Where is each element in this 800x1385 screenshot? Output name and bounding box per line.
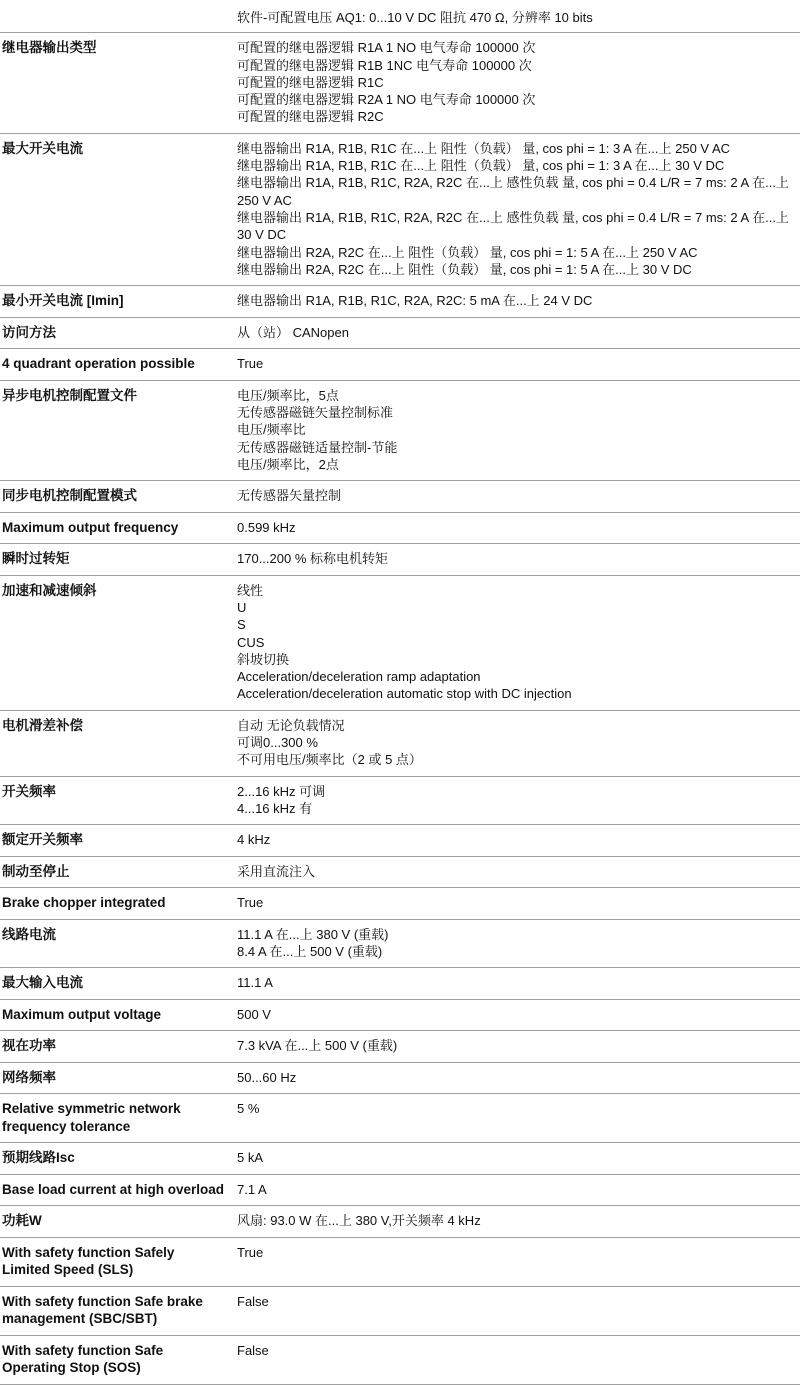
spec-label: 最小开关电流 [Imin] xyxy=(0,292,237,310)
spec-value-line: 采用直流注入 xyxy=(237,863,794,880)
spec-value-line: 无传感器矢量控制 xyxy=(237,487,794,504)
spec-values: 线性USCUS斜坡切换Acceleration/deceleration ram… xyxy=(237,582,800,703)
spec-row: 线路电流 11.1 A 在...上 380 V (重载)8.4 A 在...上 … xyxy=(0,920,800,969)
spec-values: 11.1 A 在...上 380 V (重载)8.4 A 在...上 500 V… xyxy=(237,926,800,961)
spec-row: 异步电机控制配置文件 电压/频率比，5点无传感器磁链矢量控制标准电压/频率比无传… xyxy=(0,381,800,481)
spec-value-line: 继电器输出 R1A, R1B, R1C 在...上 阻性（负载） 量, cos … xyxy=(237,140,794,157)
spec-value-line: 5 % xyxy=(237,1100,794,1117)
spec-row: With safety function Safely Limited Spee… xyxy=(0,1238,800,1287)
spec-label: Maximum output voltage xyxy=(0,1006,237,1024)
spec-values: 电压/频率比，5点无传感器磁链矢量控制标准电压/频率比无传感器磁链适量控制-节能… xyxy=(237,387,800,473)
spec-row: 软件-可配置电压 AQ1: 0...10 V DC 阻抗 470 Ω, 分辨率 … xyxy=(0,0,800,33)
spec-label: Maximum output frequency xyxy=(0,519,237,537)
spec-row: 电机滑差补偿 自动 无论负载情况可调0...300 %不可用电压/频率比（2 或… xyxy=(0,711,800,777)
spec-label: 电机滑差补偿 xyxy=(0,717,237,735)
spec-row: 制动至停止 采用直流注入 xyxy=(0,857,800,889)
spec-value-line: False xyxy=(237,1293,794,1310)
spec-values: 自动 无论负载情况可调0...300 %不可用电压/频率比（2 或 5 点） xyxy=(237,717,800,769)
spec-value-line: 软件-可配置电压 AQ1: 0...10 V DC 阻抗 470 Ω, 分辨率 … xyxy=(237,9,794,26)
spec-label: Brake chopper integrated xyxy=(0,894,237,912)
spec-value-line: 可配置的继电器逻辑 R1A 1 NO 电气寿命 100000 次 xyxy=(237,39,794,56)
spec-values: True xyxy=(237,355,800,372)
spec-value-line: Acceleration/deceleration ramp adaptatio… xyxy=(237,668,794,685)
spec-row: With safety function Safe Operating Stop… xyxy=(0,1336,800,1385)
spec-row: 4 quadrant operation possible True xyxy=(0,349,800,381)
spec-row: 功耗W 风扇: 93.0 W 在...上 380 V,开关频率 4 kHz xyxy=(0,1206,800,1238)
spec-table: 软件-可配置电压 AQ1: 0...10 V DC 阻抗 470 Ω, 分辨率 … xyxy=(0,0,800,1385)
spec-value-line: S xyxy=(237,616,794,633)
spec-values: 2...16 kHz 可调4...16 kHz 有 xyxy=(237,783,800,818)
spec-label: Base load current at high overload xyxy=(0,1181,237,1199)
spec-label: 额定开关频率 xyxy=(0,831,237,849)
spec-value-line: 无传感器磁链适量控制-节能 xyxy=(237,439,794,456)
spec-values: 采用直流注入 xyxy=(237,863,800,880)
spec-value-line: 无传感器磁链矢量控制标准 xyxy=(237,404,794,421)
spec-value-line: 7.1 A xyxy=(237,1181,794,1198)
spec-values: 50...60 Hz xyxy=(237,1069,800,1086)
spec-row: 最大开关电流 继电器输出 R1A, R1B, R1C 在...上 阻性（负载） … xyxy=(0,134,800,286)
spec-row: 预期线路Isc 5 kA xyxy=(0,1143,800,1175)
spec-value-line: 电压/频率比，2点 xyxy=(237,456,794,473)
spec-value-line: 继电器输出 R2A, R2C 在...上 阻性（负载） 量, cos phi =… xyxy=(237,244,794,261)
spec-value-line: 风扇: 93.0 W 在...上 380 V,开关频率 4 kHz xyxy=(237,1212,794,1229)
spec-value-line: 继电器输出 R1A, R1B, R1C 在...上 阻性（负载） 量, cos … xyxy=(237,157,794,174)
spec-label: 加速和减速倾斜 xyxy=(0,582,237,600)
spec-row: 开关频率 2...16 kHz 可调4...16 kHz 有 xyxy=(0,777,800,826)
spec-label: With safety function Safely Limited Spee… xyxy=(0,1244,237,1279)
spec-values: False xyxy=(237,1342,800,1359)
spec-value-line: 继电器输出 R1A, R1B, R1C, R2A, R2C: 5 mA 在...… xyxy=(237,292,794,309)
spec-row: 视在功率 7.3 kVA 在...上 500 V (重载) xyxy=(0,1031,800,1063)
spec-label: 视在功率 xyxy=(0,1037,237,1055)
spec-row: Maximum output voltage 500 V xyxy=(0,1000,800,1032)
spec-value-line: 从（站） CANopen xyxy=(237,324,794,341)
spec-value-line: U xyxy=(237,599,794,616)
spec-value-line: True xyxy=(237,355,794,372)
spec-values: 5 % xyxy=(237,1100,800,1117)
spec-value-line: CUS xyxy=(237,634,794,651)
spec-label: With safety function Safe Operating Stop… xyxy=(0,1342,237,1377)
spec-label: 开关频率 xyxy=(0,783,237,801)
spec-values: 继电器输出 R1A, R1B, R1C 在...上 阻性（负载） 量, cos … xyxy=(237,140,800,278)
spec-value-line: 不可用电压/频率比（2 或 5 点） xyxy=(237,751,794,768)
spec-value-line: 0.599 kHz xyxy=(237,519,794,536)
spec-label: 继电器输出类型 xyxy=(0,39,237,57)
spec-label: 异步电机控制配置文件 xyxy=(0,387,237,405)
spec-label: 同步电机控制配置模式 xyxy=(0,487,237,505)
spec-row: 最大输入电流 11.1 A xyxy=(0,968,800,1000)
spec-value-line: 继电器输出 R1A, R1B, R1C, R2A, R2C 在...上 感性负载… xyxy=(237,174,794,209)
spec-label: 功耗W xyxy=(0,1212,237,1230)
spec-row: With safety function Safe brake manageme… xyxy=(0,1287,800,1336)
spec-value-line: 可配置的继电器逻辑 R2A 1 NO 电气寿命 100000 次 xyxy=(237,91,794,108)
spec-row: 最小开关电流 [Imin] 继电器输出 R1A, R1B, R1C, R2A, … xyxy=(0,286,800,318)
spec-values: 0.599 kHz xyxy=(237,519,800,536)
spec-value-line: 4...16 kHz 有 xyxy=(237,800,794,817)
spec-values: 无传感器矢量控制 xyxy=(237,487,800,504)
spec-row: 同步电机控制配置模式 无传感器矢量控制 xyxy=(0,481,800,513)
spec-value-line: False xyxy=(237,1342,794,1359)
spec-label: Relative symmetric network frequency tol… xyxy=(0,1100,237,1135)
spec-values: 7.1 A xyxy=(237,1181,800,1198)
spec-value-line: 5 kA xyxy=(237,1149,794,1166)
spec-label: With safety function Safe brake manageme… xyxy=(0,1293,237,1328)
spec-value-line: 8.4 A 在...上 500 V (重载) xyxy=(237,943,794,960)
spec-value-line: 可配置的继电器逻辑 R1C xyxy=(237,74,794,91)
spec-label: 最大开关电流 xyxy=(0,140,237,158)
spec-values: 从（站） CANopen xyxy=(237,324,800,341)
spec-values: 7.3 kVA 在...上 500 V (重载) xyxy=(237,1037,800,1054)
spec-row: 加速和减速倾斜 线性USCUS斜坡切换Acceleration/decelera… xyxy=(0,576,800,711)
spec-value-line: 电压/频率比，5点 xyxy=(237,387,794,404)
spec-value-line: 4 kHz xyxy=(237,831,794,848)
spec-label: 制动至停止 xyxy=(0,863,237,881)
spec-value-line: 电压/频率比 xyxy=(237,421,794,438)
spec-value-line: Acceleration/deceleration automatic stop… xyxy=(237,685,794,702)
spec-value-line: 斜坡切换 xyxy=(237,651,794,668)
spec-value-line: 11.1 A xyxy=(237,974,794,991)
spec-value-line: 500 V xyxy=(237,1006,794,1023)
spec-value-line: 可调0...300 % xyxy=(237,734,794,751)
spec-row: Maximum output frequency 0.599 kHz xyxy=(0,513,800,545)
spec-values: 500 V xyxy=(237,1006,800,1023)
spec-label: 预期线路Isc xyxy=(0,1149,237,1167)
spec-values: 5 kA xyxy=(237,1149,800,1166)
spec-value-line: 7.3 kVA 在...上 500 V (重载) xyxy=(237,1037,794,1054)
spec-value-line: 可配置的继电器逻辑 R2C xyxy=(237,108,794,125)
spec-value-line: 线性 xyxy=(237,582,794,599)
spec-row: 继电器输出类型 可配置的继电器逻辑 R1A 1 NO 电气寿命 100000 次… xyxy=(0,33,800,133)
spec-row: Brake chopper integrated True xyxy=(0,888,800,920)
spec-values: True xyxy=(237,1244,800,1261)
spec-value-line: 2...16 kHz 可调 xyxy=(237,783,794,800)
spec-label: 线路电流 xyxy=(0,926,237,944)
spec-label: 瞬时过转矩 xyxy=(0,550,237,568)
spec-values: 风扇: 93.0 W 在...上 380 V,开关频率 4 kHz xyxy=(237,1212,800,1229)
spec-row: 访问方法 从（站） CANopen xyxy=(0,318,800,350)
spec-row: 额定开关频率 4 kHz xyxy=(0,825,800,857)
spec-values: 11.1 A xyxy=(237,974,800,991)
spec-value-line: 继电器输出 R1A, R1B, R1C, R2A, R2C 在...上 感性负载… xyxy=(237,209,794,244)
spec-value-line: True xyxy=(237,894,794,911)
spec-row: 网络频率 50...60 Hz xyxy=(0,1063,800,1095)
spec-row: 瞬时过转矩 170...200 % 标称电机转矩 xyxy=(0,544,800,576)
spec-values: False xyxy=(237,1293,800,1310)
spec-values: 继电器输出 R1A, R1B, R1C, R2A, R2C: 5 mA 在...… xyxy=(237,292,800,309)
spec-label: 网络频率 xyxy=(0,1069,237,1087)
spec-value-line: 自动 无论负载情况 xyxy=(237,717,794,734)
spec-values: 170...200 % 标称电机转矩 xyxy=(237,550,800,567)
spec-value-line: 可配置的继电器逻辑 R1B 1NC 电气寿命 100000 次 xyxy=(237,57,794,74)
spec-value-line: 11.1 A 在...上 380 V (重载) xyxy=(237,926,794,943)
spec-values: True xyxy=(237,894,800,911)
spec-values: 软件-可配置电压 AQ1: 0...10 V DC 阻抗 470 Ω, 分辨率 … xyxy=(237,9,800,26)
spec-row: Base load current at high overload 7.1 A xyxy=(0,1175,800,1207)
spec-row: Relative symmetric network frequency tol… xyxy=(0,1094,800,1143)
spec-values: 可配置的继电器逻辑 R1A 1 NO 电气寿命 100000 次可配置的继电器逻… xyxy=(237,39,800,125)
spec-values: 4 kHz xyxy=(237,831,800,848)
spec-label: 最大输入电流 xyxy=(0,974,237,992)
spec-label: 访问方法 xyxy=(0,324,237,342)
spec-value-line: 170...200 % 标称电机转矩 xyxy=(237,550,794,567)
spec-value-line: 继电器输出 R2A, R2C 在...上 阻性（负载） 量, cos phi =… xyxy=(237,261,794,278)
spec-value-line: 50...60 Hz xyxy=(237,1069,794,1086)
spec-value-line: True xyxy=(237,1244,794,1261)
spec-label: 4 quadrant operation possible xyxy=(0,355,237,373)
